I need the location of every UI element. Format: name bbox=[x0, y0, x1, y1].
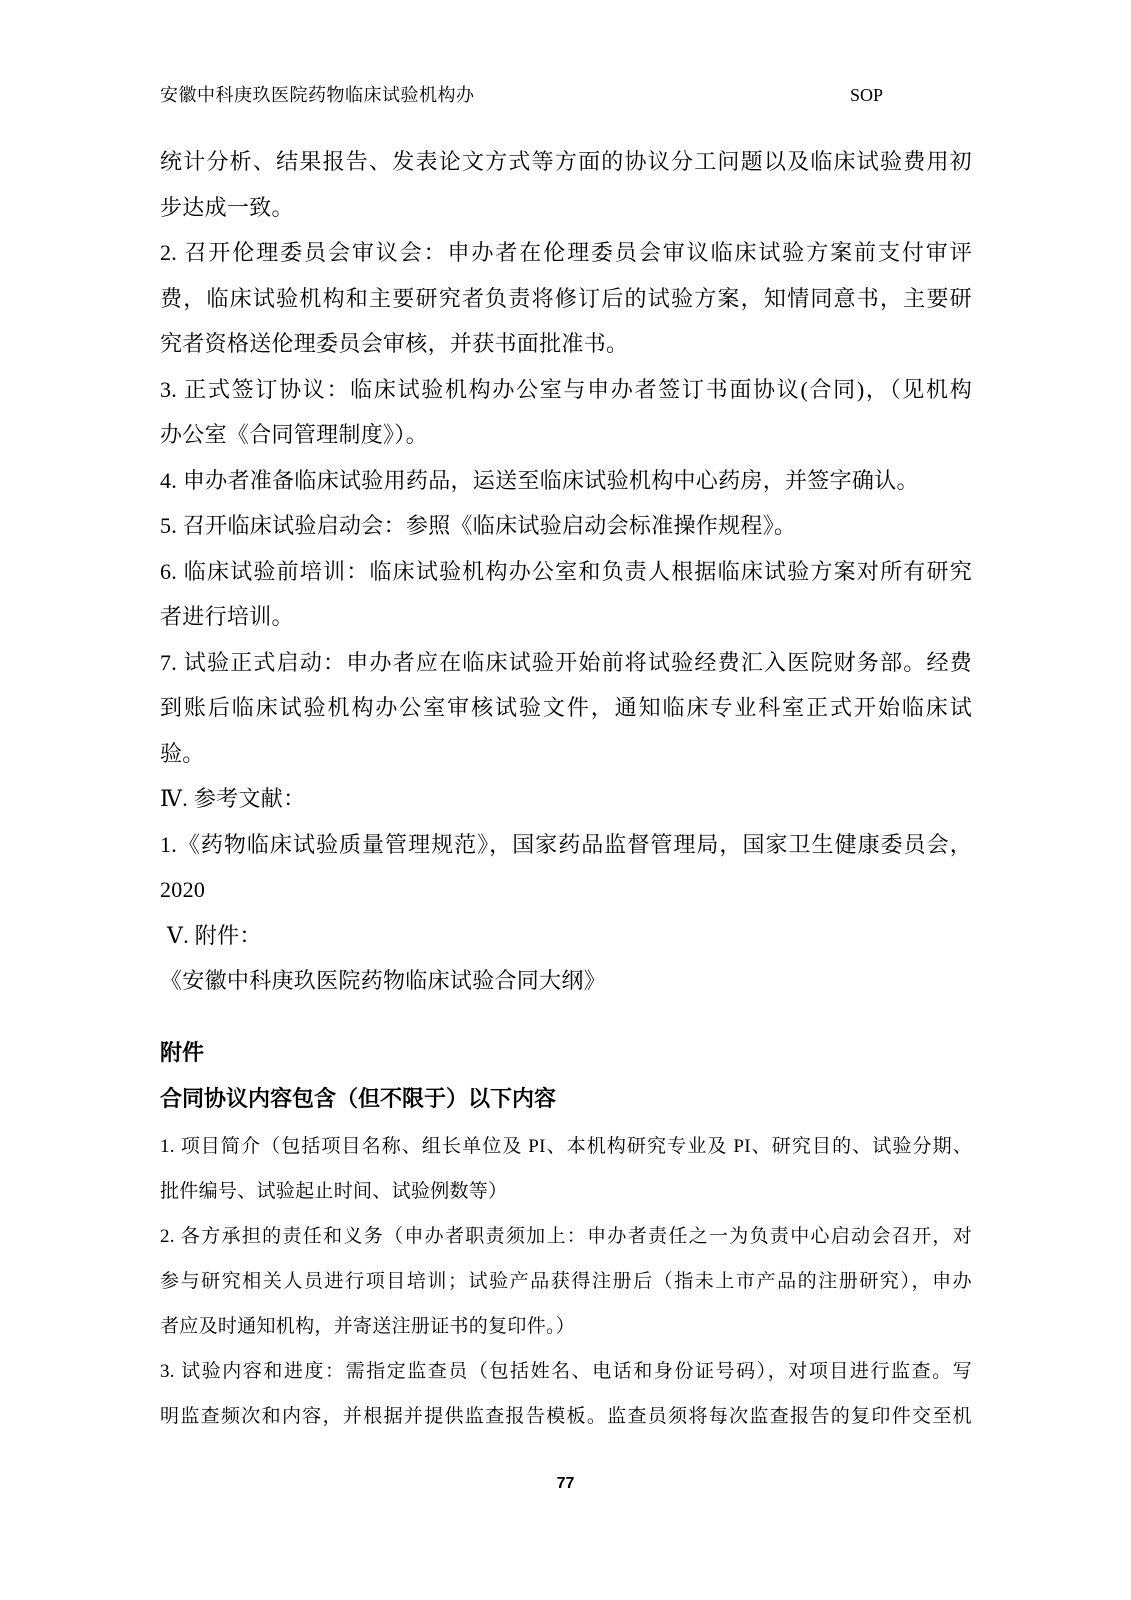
page-header: 安徽中科庚玖医院药物临床试验机构办 SOP bbox=[160, 82, 972, 108]
text-line: 2. 各方承担的责任和义务（申办者职责须加上：申办者责任之一为负责中心启动会召开… bbox=[160, 1214, 972, 1259]
text-line: 7. 试验正式启动：申办者应在临床试验开始前将试验经费汇入医院财务部。经费 bbox=[160, 640, 972, 686]
text-line: 6. 临床试验前培训：临床试验机构办公室和负责人根据临床试验方案对所有研究 bbox=[160, 549, 972, 595]
text-line: 步达成一致。 bbox=[160, 185, 972, 231]
text-line: Ⅳ. 参考文献： bbox=[160, 776, 972, 822]
text-line: 3. 试验内容和进度：需指定监查员（包括姓名、电话和身份证号码），对项目进行监查… bbox=[160, 1349, 972, 1394]
attachment-subheading: 合同协议内容包含（但不限于）以下内容 bbox=[160, 1076, 972, 1121]
text-line: 1. 项目简介（包括项目名称、组长单位及 PI、本机构研究专业及 PI、研究目的… bbox=[160, 1124, 972, 1169]
document-page: 安徽中科庚玖医院药物临床试验机构办 SOP 统计分析、结果报告、发表论文方式等方… bbox=[0, 0, 1131, 1600]
text-line: 2. 召开伦理委员会审议会：申办者在伦理委员会审议临床试验方案前支付审评 bbox=[160, 230, 972, 276]
text-line: 验。 bbox=[160, 731, 972, 777]
page-number: 77 bbox=[0, 1472, 1131, 1496]
text-line: 批件编号、试验起止时间、试验例数等） bbox=[160, 1169, 972, 1214]
text-line: 《安徽中科庚玖医院药物临床试验合同大纲》 bbox=[160, 958, 972, 1004]
text-line: 5. 召开临床试验启动会：参照《临床试验启动会标准操作规程》。 bbox=[160, 503, 972, 549]
text-line: 2020 bbox=[160, 867, 972, 913]
text-line: 参与研究相关人员进行项目培训；试验产品获得注册后（指未上市产品的注册研究），申办 bbox=[160, 1259, 972, 1304]
text-line: Ⅴ. 附件： bbox=[160, 913, 972, 959]
text-line: 办公室《合同管理制度》）。 bbox=[160, 412, 972, 458]
text-line: 者应及时通知机构，并寄送注册证书的复印件。） bbox=[160, 1304, 972, 1349]
text-line: 统计分析、结果报告、发表论文方式等方面的协议分工问题以及临床试验费用初 bbox=[160, 139, 972, 185]
text-line: 3. 正式签订协议：临床试验机构办公室与申办者签订书面协议(合同)，（见机构 bbox=[160, 367, 972, 413]
text-line: 1.《药物临床试验质量管理规范》，国家药品监督管理局，国家卫生健康委员会， bbox=[160, 822, 972, 868]
header-title: 安徽中科庚玖医院药物临床试验机构办 bbox=[160, 82, 475, 108]
attachment-heading: 附件 bbox=[160, 1030, 972, 1075]
text-line: 究者资格送伦理委员会审核，并获书面批准书。 bbox=[160, 321, 972, 367]
text-line: 到账后临床试验机构办公室审核试验文件，通知临床专业科室正式开始临床试 bbox=[160, 685, 972, 731]
attachment-list: 1. 项目简介（包括项目名称、组长单位及 PI、本机构研究专业及 PI、研究目的… bbox=[160, 1124, 972, 1439]
text-line: 者进行培训。 bbox=[160, 594, 972, 640]
text-line: 费，临床试验机构和主要研究者负责将修订后的试验方案，知情同意书，主要研 bbox=[160, 276, 972, 322]
header-doc-type-label: SOP bbox=[850, 82, 883, 108]
main-text-block: 统计分析、结果报告、发表论文方式等方面的协议分工问题以及临床试验费用初步达成一致… bbox=[160, 139, 972, 1004]
text-line: 明监查频次和内容，并根据并提供监查报告模板。监查员须将每次监查报告的复印件交至机 bbox=[160, 1394, 972, 1439]
text-line: 4. 申办者准备临床试验用药品，运送至临床试验机构中心药房，并签字确认。 bbox=[160, 458, 972, 504]
